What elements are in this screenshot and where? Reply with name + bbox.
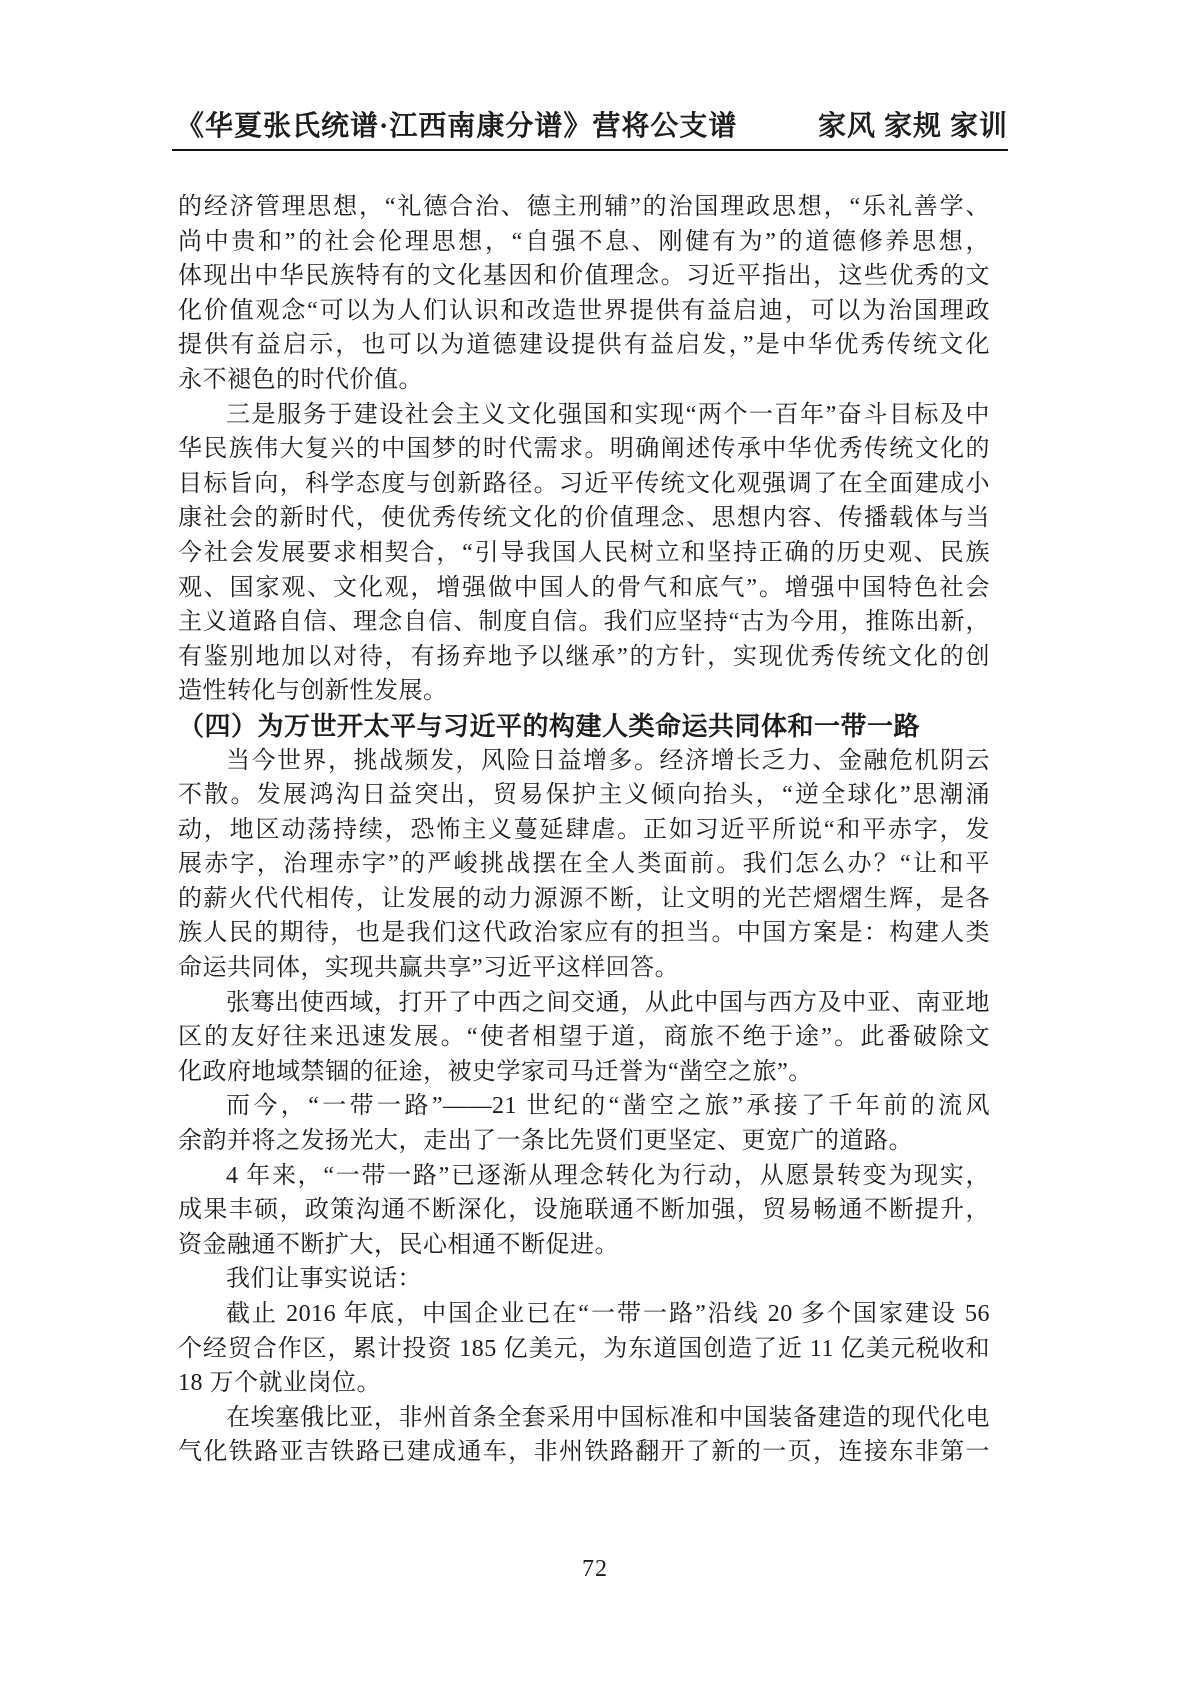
page-footer: 72 <box>0 1556 1190 1583</box>
text-line: 华民族伟大复兴的中国梦的时代需求。明确阐述传承中华优秀传统文化的 <box>178 432 990 467</box>
text-line: 有鉴别地加以对待，有扬弃地予以继承”的方针，实现优秀传统文化的创 <box>178 640 990 675</box>
document-body: 的经济管理思想，“礼德合治、德主刑辅”的治国理政思想，“乐礼善学、尚中贵和”的社… <box>178 190 990 1470</box>
text-line: 三是服务于建设社会主义文化强国和实现“两个一百年”奋斗目标及中 <box>178 398 990 433</box>
text-line: 张骞出使西域，打开了中西之间交通，从此中国与西方及中亚、南亚地 <box>178 986 990 1021</box>
text-line: 观、国家观、文化观，增强做中国人的骨气和底气”。增强中国特色社会 <box>178 571 990 606</box>
header-book-title: 《华夏张氏统谱·江西南康分谱》营将公支谱 <box>176 104 737 144</box>
text-line: 我们让事实说话： <box>178 1262 990 1297</box>
header-section-title: 家风 家规 家训 <box>818 104 1008 144</box>
text-line: 在埃塞俄比亚，非州首条全套采用中国标准和中国装备建造的现代化电 <box>178 1401 990 1436</box>
text-line: 4 年来，“一带一路”已逐渐从理念转化为行动，从愿景转变为现实， <box>178 1159 990 1194</box>
text-line: 今社会发展要求相契合，“引导我国人民树立和坚持正确的历史观、民族 <box>178 536 990 571</box>
text-line: 个经贸合作区，累计投资 185 亿美元，为东道国创造了近 11 亿美元税收和 <box>178 1332 990 1367</box>
text-line: 体现出中华民族特有的文化基因和价值理念。习近平指出，这些优秀的文 <box>178 259 990 294</box>
text-line: 康社会的新时代，使优秀传统文化的价值理念、思想内容、传播载体与当 <box>178 501 990 536</box>
text-line: 当今世界，挑战频发，风险日益增多。经济增长乏力、金融危机阴云 <box>178 744 990 779</box>
document-page: 《华夏张氏统谱·江西南康分谱》营将公支谱 家风 家规 家训 的经济管理思想，“礼… <box>0 0 1190 1683</box>
text-line: 族人民的期待，也是我们这代政治家应有的担当。中国方案是：构建人类 <box>178 916 990 951</box>
text-line: 的经济管理思想，“礼德合治、德主刑辅”的治国理政思想，“乐礼善学、 <box>178 190 990 225</box>
section-heading: （四）为万世开太平与习近平的构建人类命运共同体和一带一路 <box>178 709 990 744</box>
text-line: 化政府地域禁锢的征途，被史学家司马迁誉为“凿空之旅”。 <box>178 1055 990 1090</box>
text-line: 成果丰硕，政策沟通不断深化，设施联通不断加强，贸易畅通不断提升， <box>178 1193 990 1228</box>
text-line: 余韵并将之发扬光大，走出了一条比先贤们更坚定、更宽广的道路。 <box>178 1124 990 1159</box>
text-line: 18 万个就业岗位。 <box>178 1366 990 1401</box>
text-line: 动，地区动荡持续，恐怖主义蔓延肆虐。正如习近平所说“和平赤字，发 <box>178 813 990 848</box>
text-line: 化价值观念“可以为人们认识和改造世界提供有益启迪，可以为治国理政 <box>178 294 990 329</box>
text-line: 气化铁路亚吉铁路已建成通车，非州铁路翻开了新的一页，连接东非第一 <box>178 1435 990 1470</box>
text-line: 尚中贵和”的社会伦理思想，“自强不息、刚健有为”的道德修养思想， <box>178 225 990 260</box>
text-line: 提供有益启示，也可以为道德建设提供有益启发，”是中华优秀传统文化 <box>178 328 990 363</box>
page-number: 72 <box>582 1556 608 1582</box>
text-line: 主义道路自信、理念自信、制度自信。我们应坚持“古为今用，推陈出新， <box>178 605 990 640</box>
text-line: 永不褪色的时代价值。 <box>178 363 990 398</box>
text-line: 资金融通不断扩大，民心相通不断促进。 <box>178 1228 990 1263</box>
text-line: 造性转化与创新性发展。 <box>178 674 990 709</box>
text-line: 而今，“一带一路”——21 世纪的“凿空之旅”承接了千年前的流风 <box>178 1089 990 1124</box>
text-line: 的薪火代代相传，让发展的动力源源不断，让文明的光芒熠熠生辉，是各 <box>178 882 990 917</box>
text-line: 截止 2016 年底，中国企业已在“一带一路”沿线 20 多个国家建设 56 <box>178 1297 990 1332</box>
text-line: 展赤字，治理赤字”的严峻挑战摆在全人类面前。我们怎么办？“让和平 <box>178 847 990 882</box>
text-line: 不散。发展鸿沟日益突出，贸易保护主义倾向抬头，“逆全球化”思潮涌 <box>178 778 990 813</box>
text-line: 命运共同体，实现共赢共享”习近平这样回答。 <box>178 951 990 986</box>
header-rule <box>172 149 1008 151</box>
text-line: 区的友好往来迅速发展。“使者相望于道，商旅不绝于途”。此番破除文 <box>178 1020 990 1055</box>
text-line: 目标旨向，科学态度与创新路径。习近平传统文化观强调了在全面建成小 <box>178 467 990 502</box>
page-header: 《华夏张氏统谱·江西南康分谱》营将公支谱 家风 家规 家训 <box>176 104 1008 144</box>
